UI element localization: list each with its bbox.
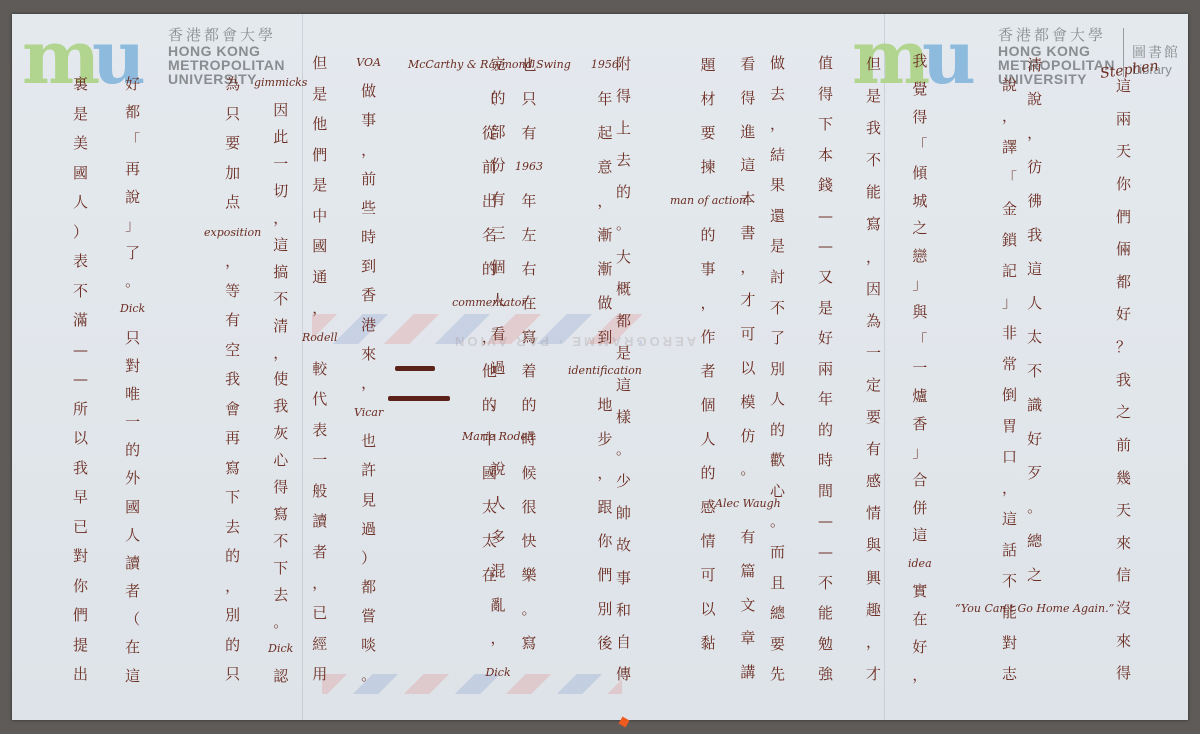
english-word: gimmicks xyxy=(254,70,307,97)
handwritten-char: 。 xyxy=(125,267,140,295)
handwritten-char: 兩 xyxy=(818,354,833,385)
text-column: 我覺得「傾城之戀」與「一爐香」合併這idea實在好， xyxy=(908,48,932,690)
handwritten-char: 早 xyxy=(73,483,88,513)
handwritten-char: 「 xyxy=(125,126,140,154)
handwritten-char: 切 xyxy=(273,178,288,205)
handwritten-char: ？ xyxy=(1116,331,1131,364)
handwritten-char: 講 xyxy=(740,656,755,690)
english-word: Dick xyxy=(120,295,145,323)
handwritten-char: 我 xyxy=(1027,218,1042,252)
handwritten-char: 錢 xyxy=(818,170,833,201)
logo-en-line: HONG KONG xyxy=(168,44,285,58)
handwritten-char: — xyxy=(818,537,833,568)
handwritten-char: 我 xyxy=(912,48,927,76)
handwritten-char: 去 xyxy=(273,582,288,609)
handwritten-char: 不 xyxy=(73,277,88,307)
handwritten-char: 強 xyxy=(818,659,833,690)
handwritten-char: 寫 xyxy=(866,208,881,240)
handwritten-char: 前 xyxy=(361,165,376,194)
strikethrough-mark xyxy=(395,366,435,371)
handwritten-char: 些 xyxy=(361,194,376,223)
handwritten-char: ， xyxy=(482,320,497,354)
handwritten-char: 以 xyxy=(701,592,716,626)
handwritten-char: 有 xyxy=(866,433,881,465)
handwritten-char: 前 xyxy=(1116,429,1131,462)
handwritten-char: 跟 xyxy=(597,490,612,524)
handwritten-char: 我 xyxy=(73,454,88,484)
handwritten-char: 点 xyxy=(225,188,240,218)
handwritten-char: 作 xyxy=(701,320,716,354)
english-word: “You Can't Go Home Again.” xyxy=(955,592,1114,626)
handwritten-char: 漸 xyxy=(597,252,612,286)
handwritten-char: 來 xyxy=(1116,625,1131,658)
handwritten-char: 別 xyxy=(597,592,612,626)
handwritten-char: 彷 xyxy=(1027,150,1042,184)
handwritten-char: 太 xyxy=(482,490,497,524)
handwritten-char: 得 xyxy=(1116,657,1131,690)
handwritten-char: 的 xyxy=(818,415,833,446)
handwritten-char: 搞 xyxy=(273,259,288,286)
handwritten-char: 年 xyxy=(597,82,612,116)
handwritten-char: 我 xyxy=(866,112,881,144)
english-word: identification xyxy=(568,354,642,388)
handwritten-char: 港 xyxy=(361,311,376,340)
handwritten-char: 有 xyxy=(225,306,240,336)
handwritten-char: ， xyxy=(912,662,927,690)
handwritten-char: 到 xyxy=(361,252,376,281)
handwritten-char: 題 xyxy=(701,48,716,82)
handwritten-char: 沒 xyxy=(1116,592,1131,625)
handwritten-char: 嘗 xyxy=(361,602,376,631)
handwritten-char: 間 xyxy=(818,476,833,507)
handwritten-char: 這 xyxy=(1116,70,1131,103)
handwritten-char: 不 xyxy=(1027,354,1042,388)
english-word: 1956 xyxy=(591,48,619,82)
handwritten-char: 人 xyxy=(125,521,140,549)
handwritten-char: 得 xyxy=(912,104,927,132)
handwritten-char: 傾 xyxy=(912,160,927,188)
handwritten-char: 認 xyxy=(273,663,288,690)
handwritten-char: 心 xyxy=(273,447,288,474)
handwritten-char: 美 xyxy=(73,129,88,159)
handwritten-char: 經 xyxy=(312,629,327,660)
text-column: 值得下本錢——又是好兩年的時間——不能勉強 xyxy=(818,48,833,690)
handwritten-char: ， xyxy=(273,340,288,367)
handwritten-char: 太 xyxy=(1027,320,1042,354)
handwritten-char: 讀 xyxy=(125,549,140,577)
handwritten-char: 讀 xyxy=(312,506,327,537)
handwritten-char: 這 xyxy=(912,522,927,550)
text-column: gimmicks因此一切，這搞不清，使我灰心得寫不下去。Dick認 xyxy=(254,70,307,690)
handwritten-char: 過 xyxy=(361,515,376,544)
handwritten-char: ， xyxy=(597,184,612,218)
handwritten-char: ， xyxy=(866,626,881,658)
handwritten-char: 得 xyxy=(818,79,833,110)
handwritten-char: 信 xyxy=(1116,559,1131,592)
handwritten-char: 只 xyxy=(225,660,240,690)
handwritten-char: 人 xyxy=(1027,286,1042,320)
handwritten-char: 在 xyxy=(125,633,140,661)
handwritten-char: 這 xyxy=(273,232,288,259)
handwritten-char: 兩 xyxy=(1116,103,1131,136)
handwritten-char: 太 xyxy=(482,524,497,558)
handwritten-char: 對 xyxy=(1002,628,1017,659)
handwritten-char: 外 xyxy=(125,464,140,492)
handwritten-char: 寫 xyxy=(273,501,288,528)
handwritten-char: 對 xyxy=(73,542,88,572)
handwritten-char: 見 xyxy=(361,486,376,515)
handwritten-char: 是 xyxy=(818,293,833,324)
handwritten-char: 你 xyxy=(597,524,612,558)
handwritten-char: 我 xyxy=(225,365,240,395)
english-word: Dick xyxy=(485,656,510,690)
handwritten-char: 們 xyxy=(73,601,88,631)
handwritten-char: 來 xyxy=(361,340,376,369)
handwritten-char: ， xyxy=(225,572,240,602)
handwritten-char: 啖 xyxy=(361,631,376,660)
handwritten-char: 的 xyxy=(701,456,716,490)
handwritten-char: 清 xyxy=(1027,48,1042,82)
handwritten-char: 是 xyxy=(312,170,327,201)
handwritten-char: 再 xyxy=(125,155,140,183)
english-word: exposition xyxy=(204,218,261,248)
handwritten-char: 要 xyxy=(866,401,881,433)
handwritten-char: 是 xyxy=(73,100,88,130)
handwritten-char: — xyxy=(818,231,833,262)
handwritten-char: 者 xyxy=(312,537,327,568)
text-column: 清說，彷彿我這人太不識好歹。總之“You Can't Go Home Again… xyxy=(955,48,1114,626)
handwritten-char: 又 xyxy=(818,262,833,293)
english-word: VOA xyxy=(356,48,381,77)
handwritten-char: 中 xyxy=(482,422,497,456)
handwritten-char: 要 xyxy=(701,116,716,150)
handwritten-char: 以 xyxy=(73,424,88,454)
handwritten-char: 是 xyxy=(312,79,327,110)
handwritten-char: 才 xyxy=(866,658,881,690)
handwritten-char: 幾 xyxy=(1116,462,1131,495)
handwritten-char: 個 xyxy=(701,388,716,422)
handwritten-char: — xyxy=(818,201,833,232)
handwritten-char: 所 xyxy=(73,395,88,425)
handwritten-char: 感 xyxy=(701,490,716,524)
handwritten-char: 定 xyxy=(866,369,881,401)
handwritten-char: 裏 xyxy=(73,70,88,100)
text-column: 題材要揀man of action的事，作者個人的感情可以黏 xyxy=(670,48,746,660)
handwritten-char: 在 xyxy=(482,558,497,592)
handwritten-char: 寫 xyxy=(225,454,240,484)
handwritten-char: ） xyxy=(361,544,376,573)
handwritten-char: 者 xyxy=(701,354,716,388)
handwritten-char: 的 xyxy=(482,252,497,286)
handwritten-char: 國 xyxy=(482,456,497,490)
handwritten-char: ， xyxy=(273,205,288,232)
handwritten-char: ， xyxy=(361,136,376,165)
handwritten-char: 好 xyxy=(1027,422,1042,456)
text-column: 裏是美國人）表不滿——所以我早已對你們提出 xyxy=(73,70,88,690)
handwritten-char: 這 xyxy=(125,662,140,690)
handwritten-char: 好 xyxy=(125,70,140,98)
handwritten-char: 一 xyxy=(125,408,140,436)
handwritten-char: ， xyxy=(361,369,376,398)
handwritten-char: 從 xyxy=(482,116,497,150)
handwritten-char: 做 xyxy=(361,77,376,106)
handwritten-char: 因 xyxy=(866,273,881,305)
handwritten-char: 你 xyxy=(73,572,88,602)
handwritten-char: 到 xyxy=(597,320,612,354)
handwritten-char: 都 xyxy=(1116,266,1131,299)
handwritten-char: 後 xyxy=(597,626,612,660)
handwritten-char: 下 xyxy=(273,555,288,582)
handwritten-char: 地 xyxy=(597,388,612,422)
handwritten-char: 下 xyxy=(818,109,833,140)
handwritten-char: 下 xyxy=(225,483,240,513)
handwritten-char: 表 xyxy=(73,247,88,277)
handwritten-char: 他 xyxy=(312,109,327,140)
handwritten-char: 不 xyxy=(273,286,288,313)
handwritten-char: 對 xyxy=(125,352,140,380)
handwritten-char: 的 xyxy=(225,542,240,572)
handwritten-char: 香 xyxy=(361,281,376,310)
handwritten-char: 去 xyxy=(225,513,240,543)
english-word: idea xyxy=(908,550,932,578)
handwritten-char: 天 xyxy=(1116,135,1131,168)
handwritten-char: 表 xyxy=(312,415,327,446)
handwritten-char: — xyxy=(73,365,88,395)
handwritten-char: 因 xyxy=(273,97,288,124)
handwritten-char: 「 xyxy=(912,327,927,355)
handwritten-char: 會 xyxy=(225,395,240,425)
handwritten-char: 我 xyxy=(273,393,288,420)
text-column: VOA做事，前些時到香港來，Vicar也許見過）都嘗啖。 xyxy=(354,48,383,690)
handwritten-char: 」 xyxy=(912,439,927,467)
handwritten-char: 意 xyxy=(597,150,612,184)
handwritten-char: 識 xyxy=(1027,388,1042,422)
handwritten-char: 為 xyxy=(225,70,240,100)
handwritten-char: 年 xyxy=(818,384,833,415)
handwritten-char: 情 xyxy=(866,497,881,529)
handwritten-char: 」 xyxy=(125,211,140,239)
handwritten-char: — xyxy=(73,336,88,366)
handwritten-char: 起 xyxy=(597,116,612,150)
handwritten-char: 事 xyxy=(361,106,376,135)
handwritten-char: 之 xyxy=(912,215,927,243)
handwritten-char: 不 xyxy=(818,568,833,599)
handwritten-char: 漸 xyxy=(597,218,612,252)
handwritten-char: 之 xyxy=(1027,558,1042,592)
handwritten-char: 」 xyxy=(912,271,927,299)
handwritten-char: 。 xyxy=(273,609,288,636)
handwritten-char: 能 xyxy=(866,176,881,208)
handwritten-char: 空 xyxy=(225,336,240,366)
handwritten-char: 都 xyxy=(125,98,140,126)
text-column: 好都「再說」了。Dick只對唯一的外國人讀者（在這 xyxy=(120,70,145,690)
handwritten-char: 們 xyxy=(1116,201,1131,234)
handwritten-char: 已 xyxy=(312,598,327,629)
handwritten-char: 的 xyxy=(125,436,140,464)
handwritten-char: 時 xyxy=(361,223,376,252)
handwritten-char: 加 xyxy=(225,159,240,189)
handwritten-char: ， xyxy=(866,241,881,273)
handwritten-char: 出 xyxy=(73,660,88,690)
handwritten-char: 只 xyxy=(225,100,240,130)
handwritten-char: 較 xyxy=(312,354,327,385)
handwritten-char: 再 xyxy=(225,424,240,454)
handwritten-char: 國 xyxy=(73,159,88,189)
handwritten-char: 志 xyxy=(1002,659,1017,690)
handwritten-char: 好 xyxy=(1116,298,1131,331)
handwritten-char: 者 xyxy=(125,577,140,605)
handwritten-char: 在 xyxy=(912,606,927,634)
handwritten-char: 的 xyxy=(225,631,240,661)
handwritten-char: 好 xyxy=(912,634,927,662)
english-word: man of action xyxy=(670,184,746,218)
handwritten-char: 都 xyxy=(361,573,376,602)
handwritten-char: 亂 xyxy=(491,589,506,623)
handwritten-char: 是 xyxy=(866,80,881,112)
handwritten-char: 傳 xyxy=(616,658,631,690)
handwritten-char: 但 xyxy=(866,48,881,80)
handwritten-char: 不 xyxy=(866,144,881,176)
handwritten-char: — xyxy=(818,506,833,537)
handwritten-char: 情 xyxy=(701,524,716,558)
handwritten-char: 爐 xyxy=(912,383,927,411)
handwritten-char: 的 xyxy=(701,218,716,252)
handwritten-char: 趣 xyxy=(866,594,881,626)
handwritten-char: 與 xyxy=(866,529,881,561)
handwritten-char: 可 xyxy=(701,558,716,592)
handwritten-char: 實 xyxy=(912,578,927,606)
handwritten-char: （ xyxy=(482,82,497,116)
handwritten-char: 也 xyxy=(361,427,376,456)
handwritten-char: 總 xyxy=(1027,524,1042,558)
handwritten-char: 材 xyxy=(701,82,716,116)
handwritten-char: ， xyxy=(225,247,240,277)
handwritten-char: 說 xyxy=(1027,82,1042,116)
english-word: Dick xyxy=(268,636,293,663)
handwritten-char: 為 xyxy=(866,305,881,337)
handwritten-char: 天 xyxy=(1116,494,1131,527)
handwritten-char: 了 xyxy=(125,239,140,267)
handwritten-char: 這 xyxy=(1027,252,1042,286)
handwritten-char: 們 xyxy=(597,558,612,592)
handwritten-char: 戀 xyxy=(912,243,927,271)
handwritten-char: 合 xyxy=(912,467,927,495)
handwritten-char: 步 xyxy=(597,422,612,456)
handwritten-char: 事 xyxy=(701,252,716,286)
handwritten-char: 人 xyxy=(701,422,716,456)
handwritten-char: 等 xyxy=(225,277,240,307)
handwritten-char: 一 xyxy=(273,151,288,178)
english-word: McCarthy & Raymond Swing xyxy=(408,48,571,82)
handwritten-char: 能 xyxy=(818,598,833,629)
text-column: 為只要加点exposition，等有空我會再寫下去的，別的只 xyxy=(204,70,261,690)
handwritten-char: ， xyxy=(1027,116,1042,150)
handwritten-char: 國 xyxy=(125,493,140,521)
handwritten-char: 香 xyxy=(912,411,927,439)
handwritten-char: 一 xyxy=(912,355,927,383)
handwritten-char: 好 xyxy=(818,323,833,354)
handwritten-char: 得 xyxy=(273,474,288,501)
handwritten-char: 來 xyxy=(1116,527,1131,560)
handwritten-char: 說 xyxy=(125,183,140,211)
handwritten-char: 滿 xyxy=(73,306,88,336)
handwritten-char: 與 xyxy=(912,299,927,327)
handwritten-char: 。 xyxy=(361,661,376,690)
handwritten-char: 別 xyxy=(225,601,240,631)
text-column: 但是我不能寫，因為一定要有感情與興趣，才 xyxy=(866,48,881,690)
handwritten-char: 們 xyxy=(312,140,327,171)
handwritten-char: 已 xyxy=(73,513,88,543)
handwritten-char: 時 xyxy=(818,445,833,476)
handwritten-char: 彿 xyxy=(1027,184,1042,218)
handwritten-char: 之 xyxy=(1116,396,1131,429)
text-column: 這兩天你們倆都好？我之前幾天來信沒來得 xyxy=(1116,70,1131,690)
handwritten-char: 不 xyxy=(273,528,288,555)
handwritten-char: （ xyxy=(125,605,140,633)
handwritten-char: 許 xyxy=(361,456,376,485)
handwritten-char: 覺 xyxy=(912,76,927,104)
handwritten-char: 此 xyxy=(273,124,288,151)
handwritten-char: 揀 xyxy=(701,150,716,184)
handwritten-char: 一 xyxy=(312,445,327,476)
handwritten-char: 代 xyxy=(312,384,327,415)
text-column: McCarthy & Raymond Swing（從前出名的commentato… xyxy=(408,48,571,592)
handwritten-char: 本 xyxy=(818,140,833,171)
handwritten-char: 灰 xyxy=(273,420,288,447)
handwritten-char: 國 xyxy=(312,231,327,262)
english-word: Vicar xyxy=(354,398,383,427)
handwritten-char: 感 xyxy=(866,465,881,497)
handwritten-char: ， xyxy=(312,293,327,324)
logo-zh: 香港都會大學 xyxy=(168,28,285,44)
handwritten-char: 出 xyxy=(482,184,497,218)
handwritten-char: 倆 xyxy=(1116,233,1131,266)
handwritten-char: 。 xyxy=(1027,490,1042,524)
handwritten-char: 通 xyxy=(312,262,327,293)
handwritten-char: ， xyxy=(491,622,506,656)
handwritten-char: 名 xyxy=(482,218,497,252)
handwritten-char: 般 xyxy=(312,476,327,507)
handwritten-char: 唯 xyxy=(125,380,140,408)
handwritten-char: 前 xyxy=(482,150,497,184)
handwritten-char: 一 xyxy=(866,337,881,369)
handwritten-char: 清 xyxy=(273,313,288,340)
handwritten-char: 做 xyxy=(597,286,612,320)
handwritten-char: 歹 xyxy=(1027,456,1042,490)
handwritten-char: 的 xyxy=(482,388,497,422)
handwritten-char: 提 xyxy=(73,631,88,661)
handwritten-char: 中 xyxy=(312,201,327,232)
handwritten-char: 他 xyxy=(482,354,497,388)
handwritten-char: 城 xyxy=(912,188,927,216)
fold-line xyxy=(884,14,885,720)
strikethrough-mark xyxy=(388,396,450,401)
text-column: 1956年起意，漸漸做到identification地步，跟你們別後 xyxy=(568,48,642,660)
handwritten-char: 要 xyxy=(225,129,240,159)
handwritten-char: 使 xyxy=(273,366,288,393)
handwritten-char: 勉 xyxy=(818,629,833,660)
handwritten-char: 我 xyxy=(1116,364,1131,397)
handwritten-char: ， xyxy=(312,568,327,599)
handwritten-char: 「 xyxy=(912,132,927,160)
handwritten-char: 人 xyxy=(73,188,88,218)
handwritten-char: 值 xyxy=(818,48,833,79)
handwritten-char: 用 xyxy=(312,659,327,690)
handwritten-char: 你 xyxy=(1116,168,1131,201)
handwritten-char: 只 xyxy=(125,324,140,352)
english-word: commentator xyxy=(452,286,527,320)
handwritten-char: 黏 xyxy=(701,626,716,660)
